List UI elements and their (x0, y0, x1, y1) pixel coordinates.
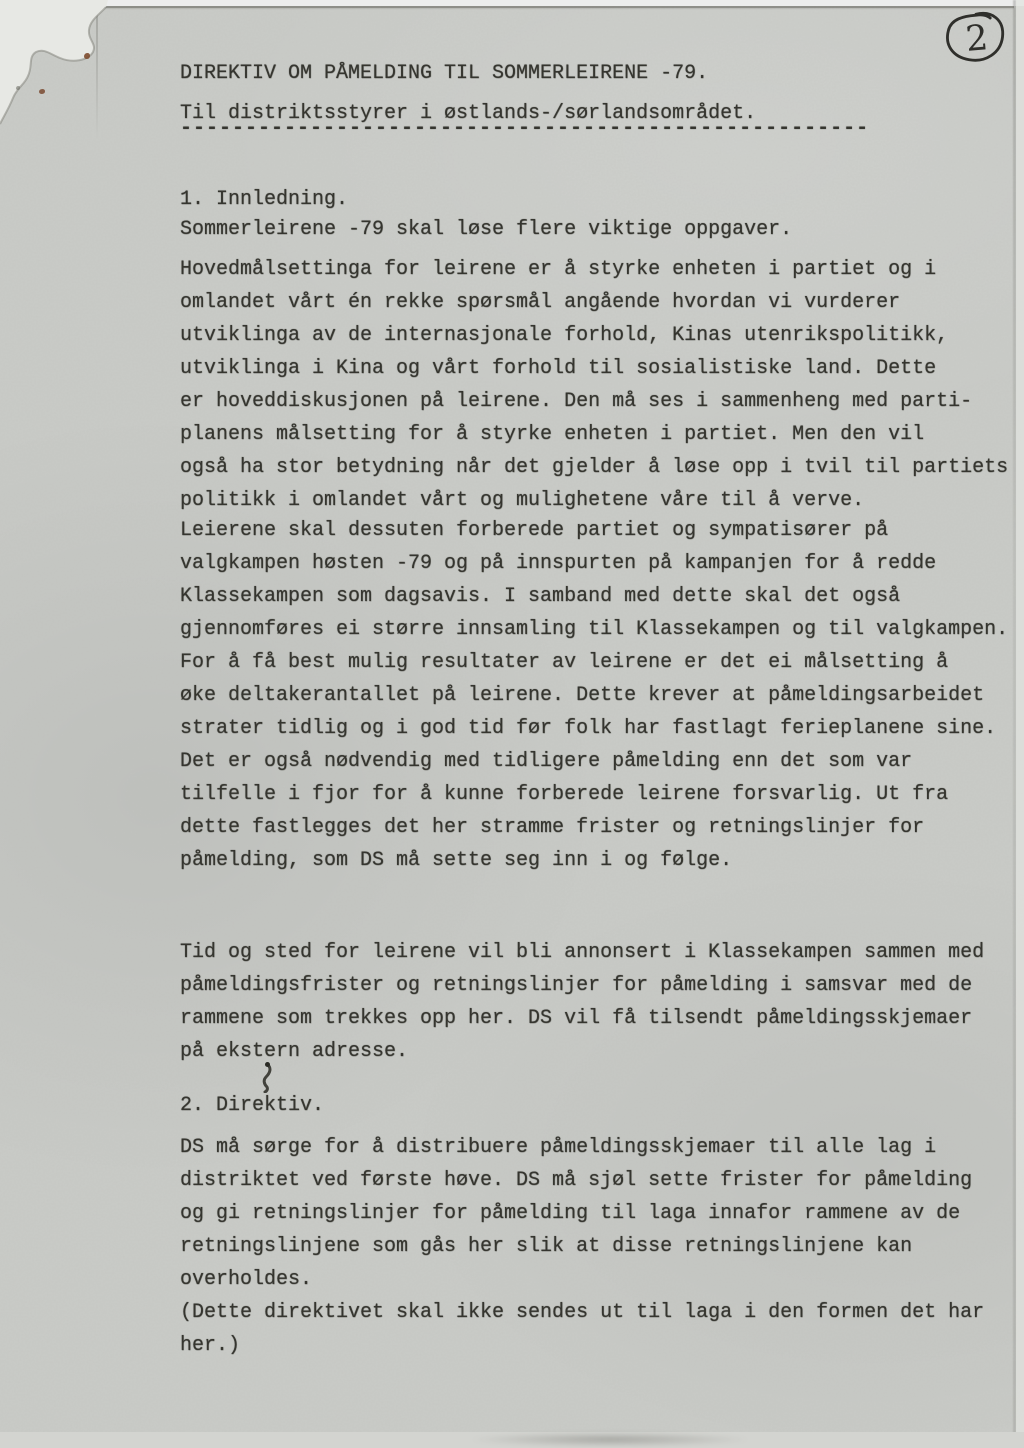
text-line: For å få best mulig resultater av leiren… (180, 646, 1024, 679)
text-line: Leierene skal dessuten forberede partiet… (180, 514, 1024, 547)
bottom-smudge (470, 1432, 750, 1447)
dashed-divider: ----------------------------------------… (180, 112, 1024, 145)
text-line: Klassekampen som dagsavis. I samband med… (180, 580, 1024, 613)
text-line: DS må sørge for å distribuere påmeldings… (180, 1131, 1024, 1164)
rust-speck (16, 86, 20, 90)
paragraph: DS må sørge for å distribuere påmeldings… (180, 1131, 1024, 1296)
scanned-document-page: 2 DIREKTIV OM PÅMELDING TIL SOMMERLEIREN… (0, 0, 1024, 1448)
text-line: dette fastlegges det her stramme frister… (180, 811, 1024, 844)
document-title: DIREKTIV OM PÅMELDING TIL SOMMERLEIRENE … (180, 57, 1024, 90)
text-line: Tid og sted for leirene vil bli annonser… (180, 936, 1024, 969)
text-line: overholdes. (180, 1263, 1024, 1296)
text-line: og gi retningslinjer for påmelding til l… (180, 1197, 1024, 1230)
section-heading-text: 1. Innledning. (180, 183, 1024, 216)
text-line: øke deltakerantallet på leirene. Dette k… (180, 679, 1024, 712)
text-line: påmelding, som DS må sette seg inn i og … (180, 844, 1024, 877)
text-line: planens målsetting for å styrke enheten … (180, 418, 1024, 451)
text-line: (Dette direktivet skal ikke sendes ut ti… (180, 1296, 1024, 1329)
text-line: utviklinga av de internasjonale forhold,… (180, 319, 1024, 352)
rust-speck (39, 89, 45, 94)
paragraph: For å få best mulig resultater av leiren… (180, 646, 1024, 877)
rust-speck (84, 53, 90, 59)
text-line: Hovedmålsettinga for leirene er å styrke… (180, 253, 1024, 286)
text-line: påmeldingsfrister og retningslinjer for … (180, 969, 1024, 1002)
text-line: er hoveddiskusjonen på leirene. Den må s… (180, 385, 1024, 418)
paragraph: Tid og sted for leirene vil bli annonser… (180, 936, 1024, 1068)
text-line: tilfelle i fjor for å kunne forberede le… (180, 778, 1024, 811)
text-line: strater tidlig og i god tid før folk har… (180, 712, 1024, 745)
text-line: retningslinjene som gås her slik at diss… (180, 1230, 1024, 1263)
section-heading-innledning: 1. Innledning. (180, 183, 1024, 216)
text-line: utviklinga i Kina og vårt forhold til so… (180, 352, 1024, 385)
paragraph: Hovedmålsettinga for leirene er å styrke… (180, 253, 1024, 517)
page-number-text: 2 (964, 17, 990, 60)
text-line: på ekstern adresse. (180, 1035, 1024, 1068)
document-header: DIREKTIV OM PÅMELDING TIL SOMMERLEIRENE … (180, 57, 1024, 90)
paragraph: (Dette direktivet skal ikke sendes ut ti… (180, 1296, 1024, 1362)
paragraph: Leierene skal dessuten forberede partiet… (180, 514, 1024, 646)
text-line: også ha stor betydning når det gjelder å… (180, 451, 1024, 484)
text-line: rammene som trekkes opp her. DS vil få t… (180, 1002, 1024, 1035)
divider-dashes: ----------------------------------------… (180, 112, 1024, 145)
text-line: distriktet ved første høve. DS må sjøl s… (180, 1164, 1024, 1197)
text-line: gjennomføres ei større innsamling til Kl… (180, 613, 1024, 646)
torn-corner (0, 0, 150, 170)
text-line: her.) (180, 1329, 1024, 1362)
paper-top-edge-line (98, 6, 1014, 8)
section-heading-direktiv: 2. Direktiv. (180, 1089, 1024, 1122)
section-heading-text: 2. Direktiv. (180, 1089, 1024, 1122)
paragraph: Sommerleirene -79 skal løse flere viktig… (180, 213, 1024, 246)
text-line: politikk i omlandet vårt og mulighetene … (180, 484, 1024, 517)
text-line: omlandet vårt én rekke spørsmål angående… (180, 286, 1024, 319)
text-line: Det er også nødvendig med tidligere påme… (180, 745, 1024, 778)
text-line: Sommerleirene -79 skal løse flere viktig… (180, 213, 1024, 246)
text-line: valgkampen høsten -79 og på innspurten p… (180, 547, 1024, 580)
